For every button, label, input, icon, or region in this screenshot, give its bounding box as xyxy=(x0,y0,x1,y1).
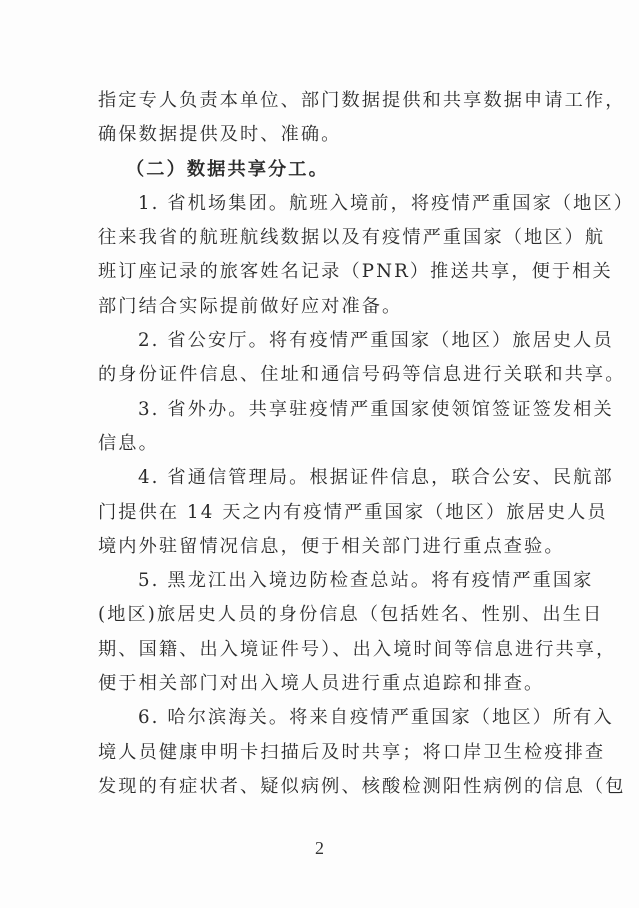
text-line: 发现的有症状者、疑似病例、核酸检测阳性病例的信息（包 xyxy=(98,774,550,808)
page-number: 2 xyxy=(0,838,639,859)
text-line: 期、国籍、出入境证件号）、出入境时间等信息进行共享， xyxy=(98,637,550,671)
text-line: 信息。 xyxy=(98,431,550,465)
text-line: 确保数据提供及时、准确。 xyxy=(98,122,550,156)
text-line: 2. 省公安厅。将有疫情严重国家（地区）旅居史人员 xyxy=(98,328,550,362)
text-line: 门提供在 14 天之内有疫情严重国家（地区）旅居史人员 xyxy=(98,500,550,534)
document-body: 指定专人负责本单位、部门数据提供和共享数据申请工作， 确保数据提供及时、准确。 … xyxy=(98,88,550,808)
text-line: 班订座记录的旅客姓名记录（PNR）推送共享，便于相关 xyxy=(98,259,550,293)
text-line: 的身份证件信息、住址和通信号码等信息进行关联和共享。 xyxy=(98,362,550,396)
text-line: 境人员健康申明卡扫描后及时共享；将口岸卫生检疫排查 xyxy=(98,740,550,774)
text-line: 1. 省机场集团。航班入境前，将疫情严重国家（地区） xyxy=(98,191,550,225)
text-line: 指定专人负责本单位、部门数据提供和共享数据申请工作， xyxy=(98,88,550,122)
text-line: 4. 省通信管理局。根据证件信息，联合公安、民航部 xyxy=(98,465,550,499)
document-page: 指定专人负责本单位、部门数据提供和共享数据申请工作， 确保数据提供及时、准确。 … xyxy=(0,0,639,908)
text-line: 5. 黑龙江出入境边防检查总站。将有疫情严重国家 xyxy=(98,568,550,602)
section-heading: （二）数据共享分工。 xyxy=(98,157,550,191)
text-line: 往来我省的航班航线数据以及有疫情严重国家（地区）航 xyxy=(98,225,550,259)
text-line: 便于相关部门对出入境人员进行重点追踪和排查。 xyxy=(98,671,550,705)
text-line: 部门结合实际提前做好应对准备。 xyxy=(98,294,550,328)
text-line: (地区)旅居史人员的身份信息（包括姓名、性别、出生日 xyxy=(98,602,550,636)
text-line: 境内外驻留情况信息，便于相关部门进行重点查验。 xyxy=(98,534,550,568)
text-line: 6. 哈尔滨海关。将来自疫情严重国家（地区）所有入 xyxy=(98,705,550,739)
text-line: 3. 省外办。共享驻疫情严重国家使领馆签证签发相关 xyxy=(98,397,550,431)
